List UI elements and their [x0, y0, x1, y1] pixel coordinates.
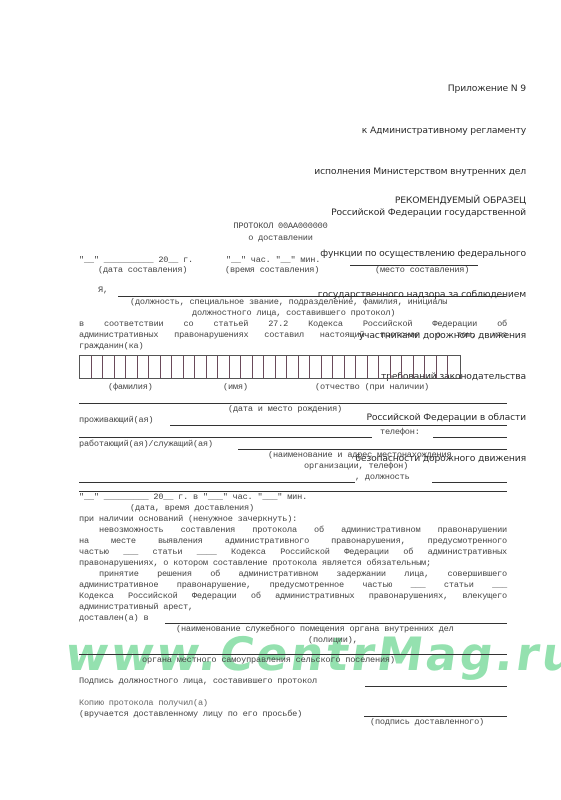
phone-label: телефон: — [380, 427, 420, 437]
grounds-intro: при наличии оснований (ненужное зачеркну… — [79, 514, 297, 524]
position-line[interactable] — [432, 482, 507, 483]
ground1-line1[interactable]: невозможность составления протокола об а… — [99, 525, 507, 535]
name-letter-cell[interactable] — [172, 356, 184, 378]
ground1-line4[interactable]: правонарушениях, о котором составление п… — [79, 558, 431, 568]
protocol-subtitle: о доставлении — [0, 233, 561, 243]
officer-caption-2: должностного лица, составившего протокол… — [192, 308, 395, 318]
ground2-line2[interactable]: административное правонарушение, предусм… — [79, 580, 507, 590]
name-letter-cell[interactable] — [92, 356, 104, 378]
officer-signature-label: Подпись должностного лица, составившего … — [79, 676, 317, 686]
name-letter-cell[interactable] — [138, 356, 150, 378]
protocol-title: ПРОТОКОЛ 00АА000000 — [0, 221, 561, 231]
name-letter-cell[interactable] — [241, 356, 253, 378]
name-letter-cell[interactable] — [161, 356, 173, 378]
birth-caption: (дата и место рождения) — [228, 404, 342, 414]
statement-line-2: административных правонарушениях состави… — [79, 330, 507, 340]
delivery-datetime-caption: (дата, время доставления) — [130, 503, 254, 513]
surname-caption: (фамилия) — [108, 382, 153, 392]
time-caption: (время составления) — [225, 265, 319, 275]
sample-label: РЕКОМЕНДУЕМЫЙ ОБРАЗЕЦ — [395, 195, 526, 206]
name-letter-cell[interactable] — [149, 356, 161, 378]
appendix-line: к Административному регламенту — [314, 124, 526, 138]
place-caption: (место составления) — [375, 265, 469, 275]
name-letter-cell[interactable] — [448, 356, 460, 378]
name-letter-cell[interactable] — [437, 356, 449, 378]
name-letter-cell[interactable] — [195, 356, 207, 378]
officer-caption-1: (должность, специальное звание, подразде… — [130, 297, 447, 307]
date-caption: (дата составления) — [98, 265, 187, 275]
copy-received-label: Копию протокола получил(а) — [79, 698, 208, 708]
name-letter-cell[interactable] — [184, 356, 196, 378]
name-letter-cell[interactable] — [287, 356, 299, 378]
name-letter-cell[interactable] — [310, 356, 322, 378]
name-letter-cell[interactable] — [425, 356, 437, 378]
name-letter-cell[interactable] — [115, 356, 127, 378]
statement-line-1: в соответствии со статьей 27.2 Кодекса Р… — [79, 319, 507, 329]
compose-date-field[interactable]: "__" __________ 20__ г. — [79, 255, 193, 265]
name-letter-cell[interactable] — [253, 356, 265, 378]
name-letter-cell[interactable] — [264, 356, 276, 378]
appendix-line: Российской Федерации в области — [314, 411, 526, 425]
delivery-datetime-field[interactable]: "__" _________ 20__ г. в "___" час. "___… — [79, 492, 307, 502]
name-letter-cell[interactable] — [356, 356, 368, 378]
residing-label: проживающий(ая) — [79, 415, 153, 425]
place-caption-3: органа местного самоуправления сельского… — [142, 655, 395, 665]
name-letter-cell[interactable] — [368, 356, 380, 378]
appendix-line: Российской Федерации государственной — [314, 206, 526, 220]
patronymic-caption: (отчество (при наличии) — [315, 382, 429, 392]
name-letter-cell[interactable] — [126, 356, 138, 378]
delivered-to-label: доставлен(а) в — [79, 613, 148, 623]
name-letter-cell[interactable] — [230, 356, 242, 378]
ground2-line1[interactable]: принятие решения об административном зад… — [99, 569, 507, 579]
ground2-line3[interactable]: Кодекса Российской Федерации об админист… — [79, 591, 507, 601]
name-letter-cell[interactable] — [345, 356, 357, 378]
name-letter-cell[interactable] — [322, 356, 334, 378]
copy-note: (вручается доставленному лицу по его про… — [79, 709, 302, 719]
name-letter-cell[interactable] — [207, 356, 219, 378]
ground1-line3[interactable]: частью ___ статьи ____ Кодекса Российско… — [79, 547, 507, 557]
org-caption-1: (наименование и адрес местонахождения — [268, 450, 451, 460]
name-letter-cell[interactable] — [402, 356, 414, 378]
name-letter-cell[interactable] — [218, 356, 230, 378]
appendix-line: Приложение N 9 — [314, 82, 526, 96]
appendix-line: исполнения Министерством внутренних дел — [314, 165, 526, 179]
name-letter-cell[interactable] — [299, 356, 311, 378]
name-letter-cell[interactable] — [379, 356, 391, 378]
org-caption-2: организации, телефон) — [304, 461, 408, 471]
name-letter-cell[interactable] — [333, 356, 345, 378]
ground1-line2[interactable]: на месте выявления административного пра… — [79, 536, 507, 546]
officer-prefix: Я, — [98, 285, 108, 295]
name-letter-grid[interactable] — [79, 355, 461, 379]
name-letter-cell[interactable] — [391, 356, 403, 378]
officer-signature-line[interactable] — [365, 686, 507, 687]
statement-line-3: гражданин(ка) — [79, 341, 143, 351]
appendix-line: функции по осуществлению федерального — [314, 247, 526, 261]
org-line[interactable] — [79, 482, 355, 483]
ground2-line4[interactable]: административный арест, — [79, 602, 193, 612]
compose-time-field[interactable]: "__" час. "__" мин. — [226, 255, 320, 265]
position-label: , должность — [355, 472, 410, 482]
name-letter-cell[interactable] — [276, 356, 288, 378]
working-label: работающий(ая)/служащий(ая) — [79, 439, 213, 449]
name-letter-cell[interactable] — [103, 356, 115, 378]
delivered-signature-caption: (подпись доставленного) — [370, 717, 484, 727]
place-caption-2: (полиции), — [308, 635, 358, 645]
name-letter-cell[interactable] — [414, 356, 426, 378]
place-caption-1: (наименование служебного помещения орган… — [176, 624, 454, 634]
first-name-caption: (имя) — [223, 382, 248, 392]
name-letter-cell[interactable] — [80, 356, 92, 378]
